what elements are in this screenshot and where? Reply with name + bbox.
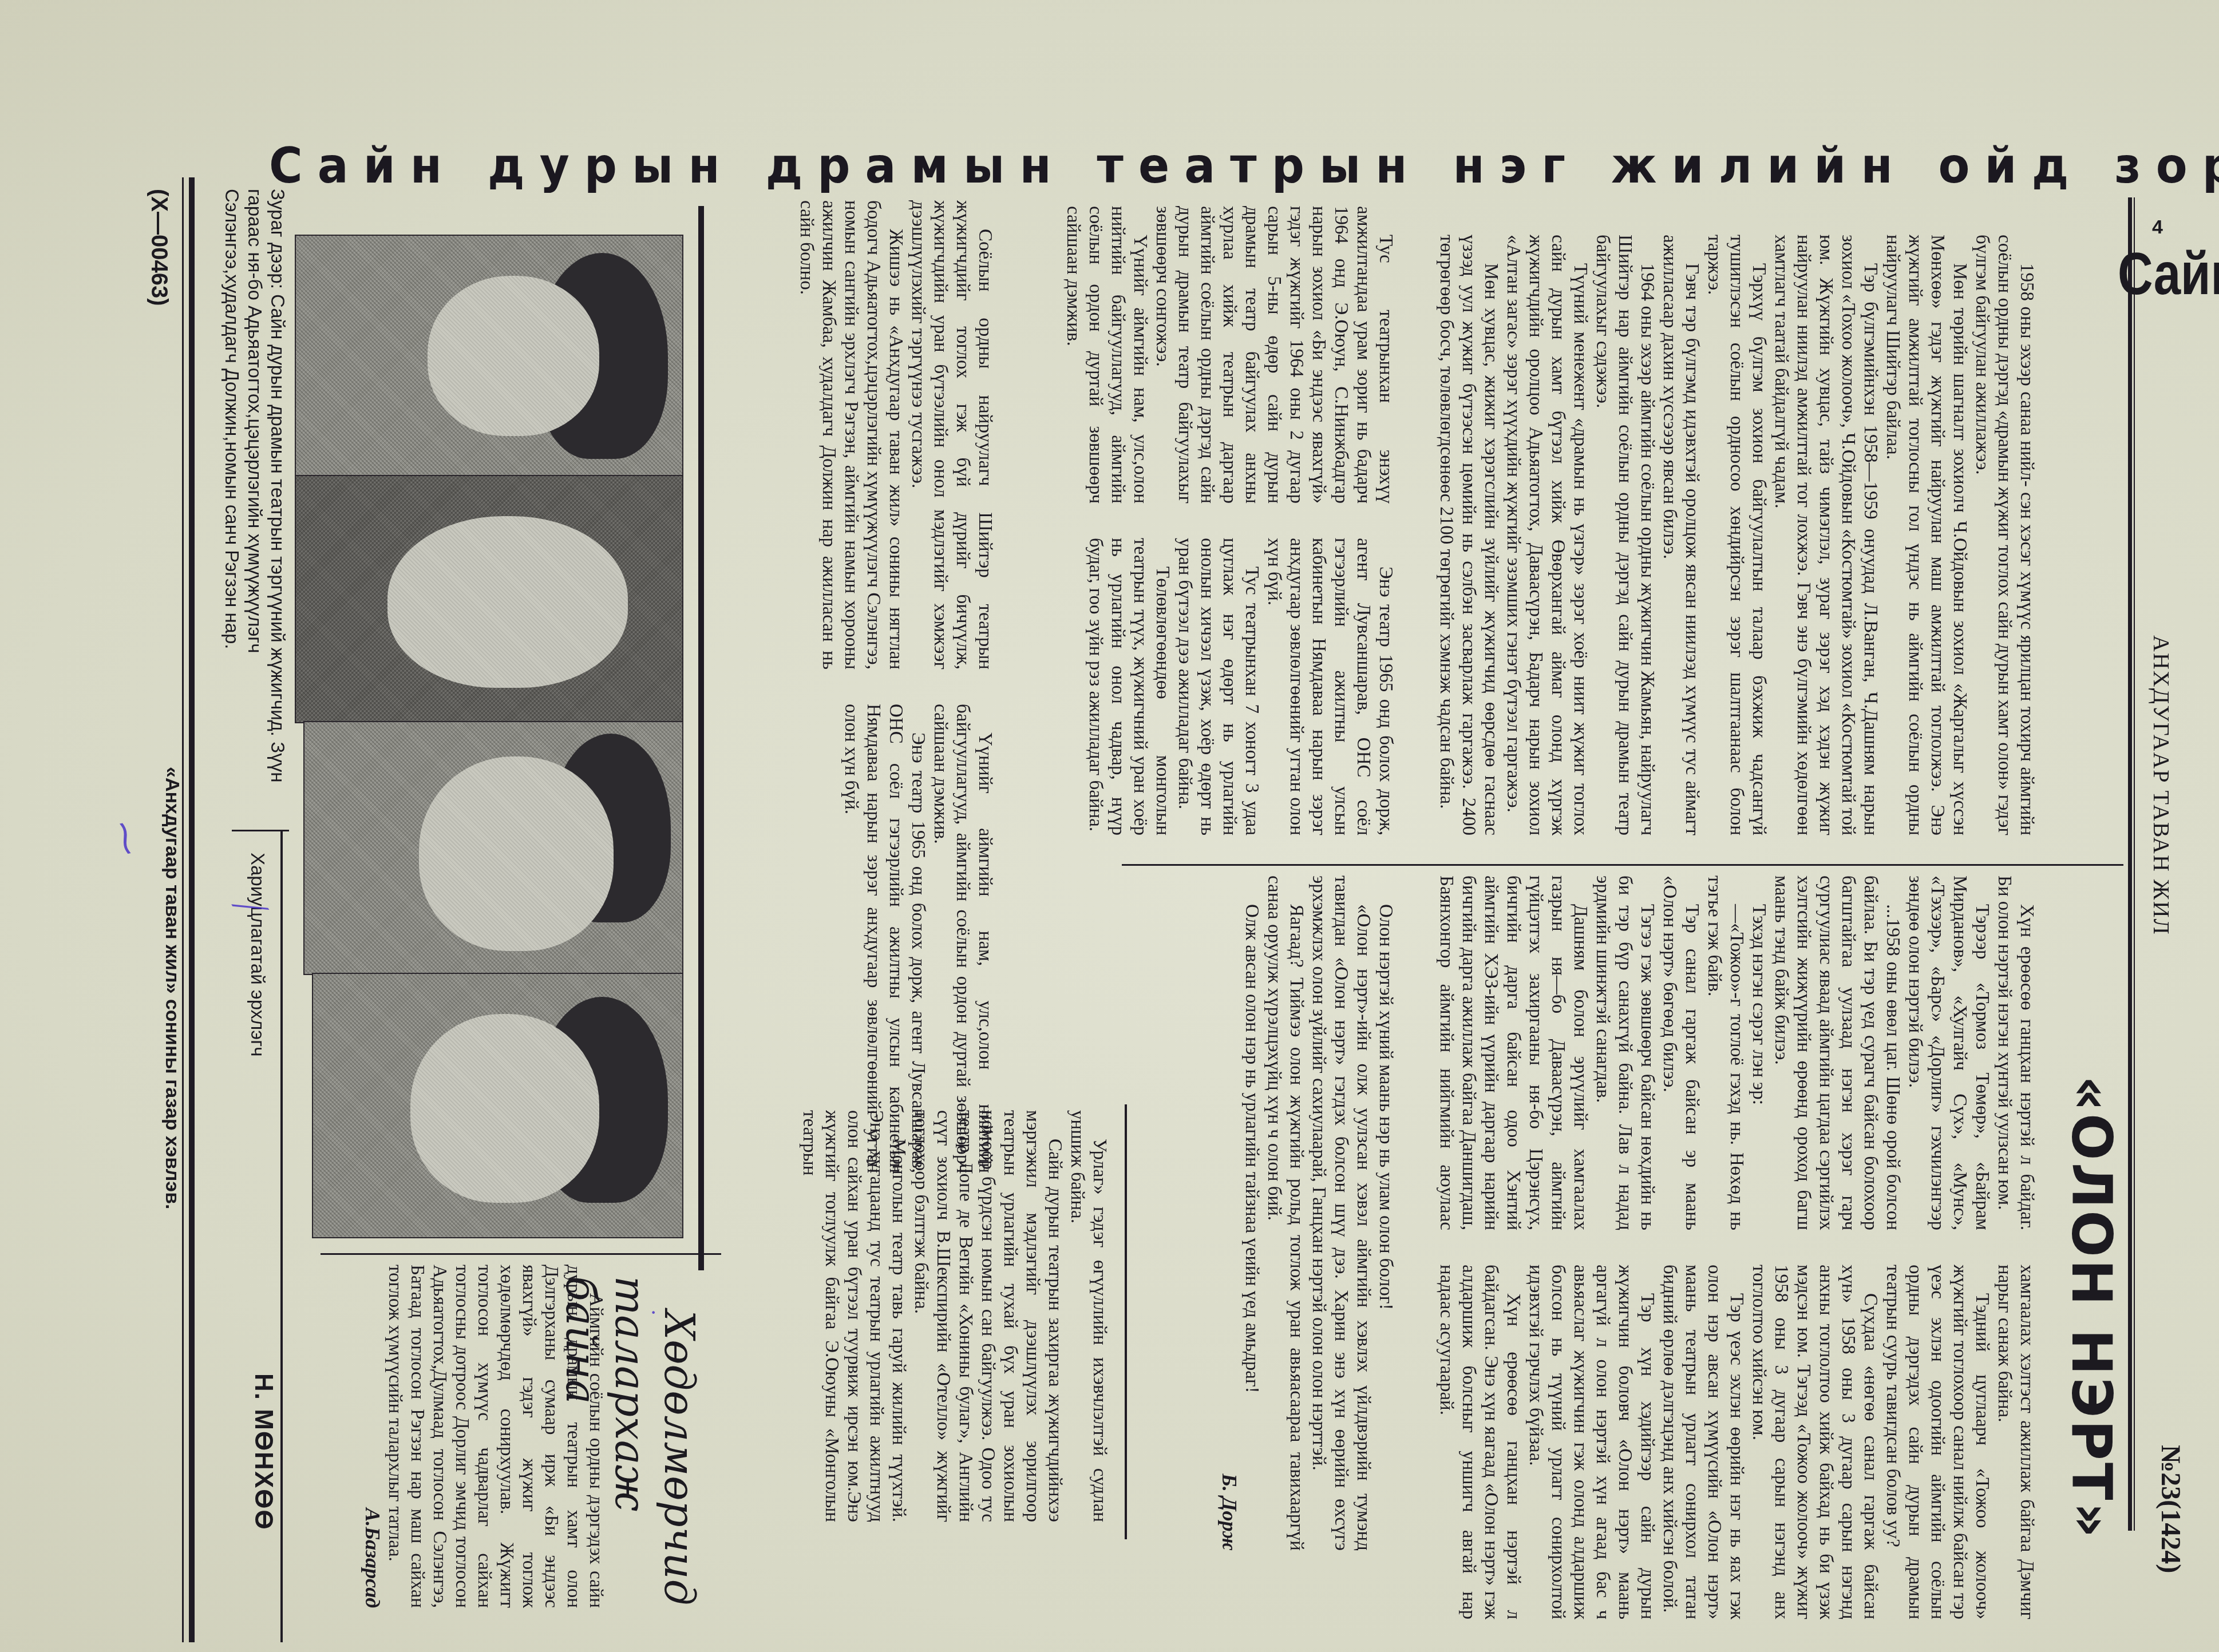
paragraph: Мөн төрийн шагналт зохиолч Ч.Ойдовын зох… xyxy=(1881,235,1971,835)
paragraph: Түүний менежент «драмын нь үзгэр» зэрэг … xyxy=(1502,235,1591,835)
paragraph: Үүнийг аймгийн нам, улс,олон нийтийн бай… xyxy=(1062,206,1151,504)
paragraph: Гэвч тэр бүлгэмд идэвхтэй оролцож явсан … xyxy=(1658,235,1703,835)
portrait-photo-4 xyxy=(312,973,683,1238)
section-divider xyxy=(1122,864,2123,866)
running-head: АНХДУГААР ТАВАН ЖИЛ xyxy=(2148,635,2175,936)
editor-label: Хариуцлагатай эрхлэгч xyxy=(246,853,269,1056)
paragraph: Энэ театр 1965 онд болох дорж, агент Лув… xyxy=(840,704,929,1173)
printer-footer: «Анхдугаар таван жил» сонины газар хэвлэ… xyxy=(161,767,183,1209)
paragraph: Энэ театр 1965 онд болох дорж, агент Лув… xyxy=(1263,538,1397,835)
paragraph: Аймгийн соёлын ордны дэргэдэх сайн дурын… xyxy=(383,1265,607,1608)
paragraph: Хүн ерөөсөө ганцхан нэртэй л байдагсан. … xyxy=(1435,1265,1524,1619)
olon-nert-closing: Олж авсан олон нэр нь урлагийн тайзнаа ү… xyxy=(1240,875,1263,1551)
paragraph: —«Тожоо»-г тоглоё гэхэд нь. Нөхөд нь тэг… xyxy=(1703,875,1747,1230)
page-number: 4 xyxy=(2152,216,2163,239)
section-divider-vertical xyxy=(1125,1104,1127,1539)
paragraph: 1964 оны эхээр аймгийн соёлын ордны жүжи… xyxy=(1591,235,1658,835)
paragraph: «Олон нэрт»-ийн олж уулзсан хэвэл аймгий… xyxy=(1307,875,1374,1551)
editor-name: Н. МӨНХӨӨ xyxy=(249,1373,278,1531)
paragraph: Сүхдаа «нөгөө санал гаргаж байсан хүн» 1… xyxy=(1747,1265,1881,1619)
paragraph: Монголын театр тавь гаруй жилийн түүхтэй… xyxy=(798,1110,909,1522)
thanks-signature: А.Базарсад xyxy=(361,1265,383,1608)
paragraph: Тэр хүн хэдийгээр сайн дурын жүжигчин бо… xyxy=(1524,1265,1658,1619)
masthead-rule xyxy=(2128,197,2132,1531)
ink-stamp-mark: · xyxy=(650,1299,657,1326)
editor-rule xyxy=(280,830,283,1642)
left-border-rule xyxy=(189,177,195,1642)
paragraph: ...1958 оны өвөл цаг. Шөнө орой болсон б… xyxy=(1770,875,1904,1230)
paragraph: Тэгээ гэж зөвшөөрч байсан нөхдийн нь би … xyxy=(1591,875,1658,1230)
olon-nert-signature: Б. Дорж xyxy=(1218,875,1240,1551)
issue-number: №23(1424) xyxy=(2155,1445,2186,1573)
middle-column-body: Урлаг» гэдэг өгүүллийн ихэвчлэлтэй судла… xyxy=(750,1110,1110,1522)
paragraph: Тэр үеэс эхлэн өөрийн нэг нь яах гэж оло… xyxy=(1658,1265,1747,1619)
paragraph: Олон нэртэй хүний маань нэр нь улам олон… xyxy=(1374,875,1397,1551)
thanks-headline-line1: Хөдөлмөрчид xyxy=(655,1276,704,1619)
page-banner: Сайн дурын драмын театрын нэг жилийн ойд… xyxy=(269,137,1999,195)
masthead-rule-thin xyxy=(2134,197,2135,1531)
paragraph: Сайн дурын театрын захиргаа жүжигчдийнхэ… xyxy=(909,1110,1066,1522)
main-article-body-part3: Соёлын ордны найруулагч Шийтэр театрын ж… xyxy=(698,200,996,1173)
paragraph: Яагаад? Тиймээ олон жүжгийн рольд тоглож… xyxy=(1263,875,1307,1551)
photo-caption: Зураг дээр: Сайн дурын драмын театрын тэ… xyxy=(220,189,289,818)
paragraph: Тэрээр «Тормоз Төмөр», «Байрам Мирданов»… xyxy=(1904,875,1993,1230)
olon-nert-headline: «ОЛОН НЭРТ» xyxy=(2059,1076,2123,1540)
paragraph: Тэр бүлгэмийнхэн 1958—1959 онуудад Л.Ван… xyxy=(1770,235,1881,835)
column-rule-thick xyxy=(698,206,704,1270)
paragraph: 1958 оны эхээр санаа нийл- сэн хэсэг хүм… xyxy=(1971,235,2038,835)
paragraph: Тэдний цуглаарч «Тожоо жолооч» жүжгийг т… xyxy=(1881,1265,1993,1619)
ink-stamp-mark: ⁓ xyxy=(103,818,148,858)
newspaper-page: Сайн дурын драмын театрын нэг жилийн ойд… xyxy=(0,0,2219,1652)
portrait-photo-1 xyxy=(295,235,683,477)
paragraph: Соёлын ордны найруулагч Шийтэр театрын ж… xyxy=(907,200,996,669)
thanks-body: Аймгийн соёлын ордны дэргэдэх сайн дурын… xyxy=(303,1265,607,1608)
paragraph: Жишээ нь «Анхдугаар таван жил» сонины ня… xyxy=(795,200,907,669)
paragraph: Тэр санал гаргаж байсан эр маань «Олон н… xyxy=(1658,875,1703,1230)
print-code: (Х—00463) xyxy=(146,189,172,306)
portrait-photo-2 xyxy=(295,475,683,723)
paragraph: Хүн ерөөсөө ганцхан нэртэй л байдаг. Би … xyxy=(1993,875,2038,1230)
thanks-divider xyxy=(321,1253,721,1255)
paragraph: Тэрхүү бүлгэм зохион байгуулалтын талаар… xyxy=(1703,235,1770,835)
paragraph: Тэхэд нэгэн сэрэг лэн эр: xyxy=(1747,875,1770,1230)
main-article-headline: Сайн дурын драмын театр xyxy=(2118,240,2219,308)
paragraph: Тус театрынхан 7 хоногт 3 удаа цуглаж нэ… xyxy=(1173,538,1263,835)
main-article-body-part1: 1958 оны эхээр санаа нийл- сэн хэсэг хүм… xyxy=(1408,235,2038,835)
paragraph: Төлөвлөгөөндөө монголын театрын түүх, жү… xyxy=(1084,538,1173,835)
paragraph: Урлаг» гэдэг өгүүллийн ихэвчлэлтэй судла… xyxy=(1066,1110,1110,1522)
paragraph: Тус театрынхан энэхүү амжилтандаа урам з… xyxy=(1151,206,1397,504)
paragraph: Мөн хувцас, жижиг хэрэгслийн зүйлийг жүж… xyxy=(1435,235,1502,835)
portrait-photo-3 xyxy=(303,721,683,975)
paragraph: Үүнийг аймгийн нам, улс,олон нийтийн бай… xyxy=(929,704,996,1173)
